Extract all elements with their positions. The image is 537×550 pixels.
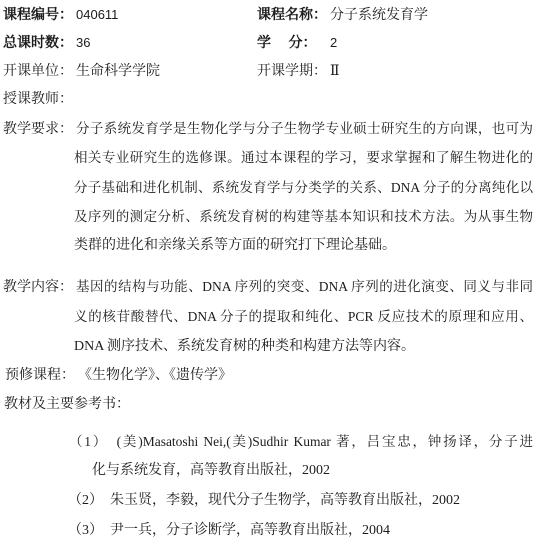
requirements-line-2: 相关专业研究生的选修课。通过本课程的学习，要求掌握和了解生物进化的 — [74, 150, 533, 166]
prerequisites-label: 预修课程： — [5, 368, 78, 384]
course-code-row: 课程编号： 040611 — [3, 8, 253, 24]
prerequisites-row: 预修课程： 《生物化学》、《遗传学》 — [5, 368, 232, 384]
content-line-2: 义的核苷酸替代、DNA 分子的提取和纯化、PCR 反应技术的原理和应用、 — [74, 309, 533, 325]
department-label: 开课单位： — [3, 64, 76, 80]
requirements-line-5: 类群的进化和亲缘关系等方面的研究打下理论基础。 — [74, 238, 396, 254]
requirements-label: 教学要求： — [3, 122, 76, 138]
prerequisites-value: 《生物化学》、《遗传学》 — [78, 368, 232, 384]
content-label: 教学内容： — [3, 280, 76, 296]
requirements-line-4: 及序列的测定分析、系统发育树的构建等基本知识和技术方法。为从事生物 — [74, 209, 533, 225]
teacher-label: 授课教师： — [3, 92, 73, 108]
requirements-line-1: 分子系统发育学是生物化学与分子生物学专业硕士研究生的方向课，也可为 — [76, 121, 533, 137]
course-name-value: 分子系统发育学 — [330, 8, 428, 24]
department-row: 开课单位： 生命科学学院 — [3, 64, 253, 80]
requirements-row: 教学要求： 分子系统发育学是生物化学与分子生物学专业硕士研究生的方向课，也可为 — [3, 121, 533, 138]
content-line-1: 基因的结构与功能、DNA 序列的突变、DNA 序列的进化演变、同义与非同 — [76, 279, 533, 295]
requirements-line-3: 分子基础和进化机制、系统发育学与分类学的关系、DNA 分子的分离纯化以 — [74, 180, 533, 196]
total-hours-row: 总课时数： 36 — [3, 36, 253, 52]
course-code-value: 040611 — [76, 8, 118, 23]
course-code-label: 课程编号： — [3, 8, 76, 24]
course-name-label: 课程名称： — [257, 8, 330, 24]
total-hours-value: 36 — [76, 36, 90, 51]
references-label: 教材及主要参考书： — [4, 397, 130, 413]
semester-row: 开课学期： Ⅱ — [257, 64, 533, 80]
reference-item-1-line-2: 化与系统发育，高等教育出版社，2002 — [92, 463, 330, 479]
credits-label: 学 分： — [257, 36, 330, 52]
course-name-row: 课程名称： 分子系统发育学 — [257, 8, 533, 24]
content-line-3: DNA 测序技术、系统发育树的种类和构建方法等内容。 — [74, 339, 415, 355]
reference-item-3: （3） 尹一兵，分子诊断学，高等教育出版社，2004 — [68, 523, 390, 539]
reference-item-2: （2） 朱玉贤，李毅，现代分子生物学，高等教育出版社，2002 — [68, 493, 460, 509]
reference-item-1-line-1: （1） (美)Masatoshi Nei,(美)Sudhir Kumar 著，吕… — [69, 434, 533, 450]
credits-row: 学 分： 2 — [257, 36, 533, 52]
credits-value: 2 — [330, 36, 337, 51]
department-value: 生命科学学院 — [76, 64, 160, 80]
content-row: 教学内容： 基因的结构与功能、DNA 序列的突变、DNA 序列的进化演变、同义与… — [3, 279, 533, 296]
semester-label: 开课学期： — [257, 64, 330, 80]
course-document: 课程编号： 040611 课程名称： 分子系统发育学 总课时数： 36 学 分：… — [0, 0, 537, 550]
semester-value: Ⅱ — [330, 64, 340, 80]
total-hours-label: 总课时数： — [3, 36, 76, 52]
